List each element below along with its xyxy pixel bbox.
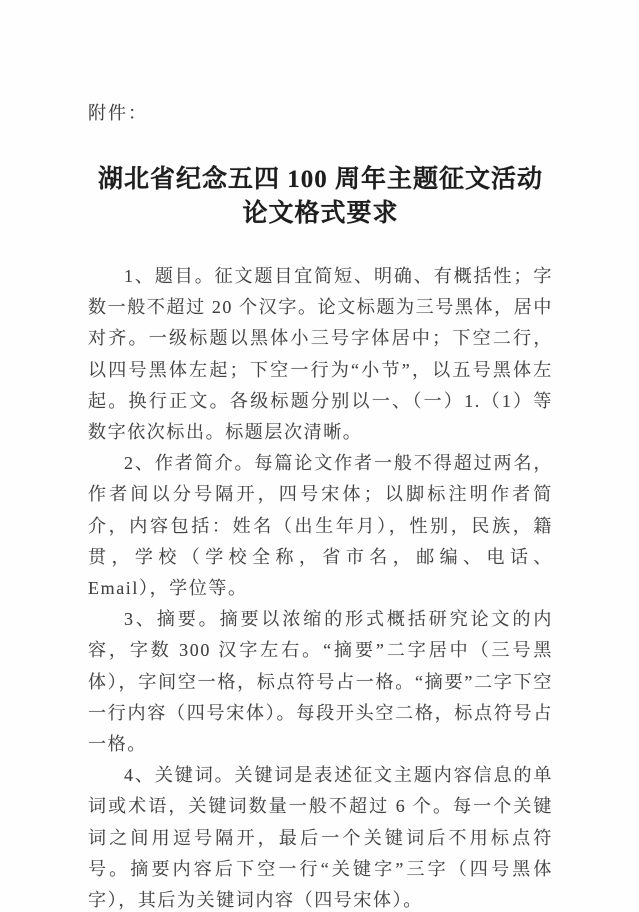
document-title: 湖北省纪念五四 100 周年主题征文活动 论文格式要求 xyxy=(88,163,553,231)
paragraph-keywords-rules: 4、关键词。关键词是表述征文主题内容信息的单词或术语，关键词数量一般不超过 6 … xyxy=(88,760,553,912)
paragraph-author-intro-rules: 2、作者简介。每篇论文作者一般不得超过两名，作者间以分号隔开，四号宋体；以脚标注… xyxy=(88,448,553,604)
scanned-document-page: 附件： 湖北省纪念五四 100 周年主题征文活动 论文格式要求 1、题目。征文题… xyxy=(0,0,639,912)
document-body: 1、题目。征文题目宜简短、明确、有概括性；字数一般不超过 20 个汉字。论文标题… xyxy=(88,261,553,912)
document-title-line-2: 论文格式要求 xyxy=(88,197,553,231)
paragraph-abstract-rules: 3、摘要。摘要以浓缩的形式概括研究论文的内容，字数 300 汉字左右。“摘要”二… xyxy=(88,604,553,760)
document-title-line-1: 湖北省纪念五四 100 周年主题征文活动 xyxy=(88,163,553,197)
attachment-label: 附件： xyxy=(88,103,553,123)
paragraph-title-rules: 1、题目。征文题目宜简短、明确、有概括性；字数一般不超过 20 个汉字。论文标题… xyxy=(88,261,553,448)
